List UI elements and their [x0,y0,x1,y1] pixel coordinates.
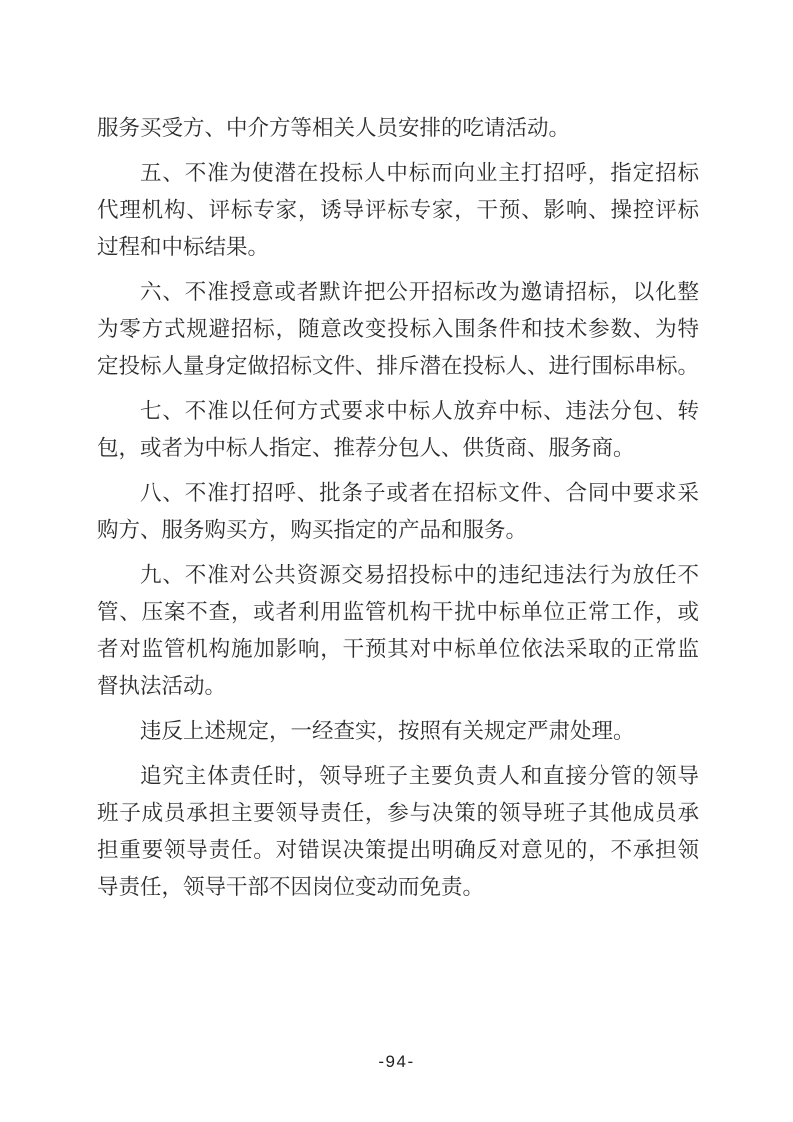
text-line: 担重要领导责任。对错误决策提出明确反对意见的，不承担领 [97,832,699,869]
text-content: 服务买受方、中介方等相关人员安排的吃请活动。 五、不准为使潜在投标人中标而向业主… [97,110,699,906]
text-line: 督执法活动。 [97,668,699,705]
text-line: 包，或者为中标人指定、推荐分包人、供货商、服务商。 [97,430,699,467]
paragraph-rule-7: 七、不准以任何方式要求中标人放弃中标、违法分包、转 包，或者为中标人指定、推荐分… [97,393,699,467]
text-line: 代理机构、评标专家，诱导评标专家，干预、影响、操控评标 [97,192,699,229]
paragraph-rule-6: 六、不准授意或者默许把公开招标改为邀请招标，以化整 为零方式规避招标，随意改变投… [97,274,699,385]
text-line: 七、不准以任何方式要求中标人放弃中标、违法分包、转 [97,393,699,430]
text-line: 导责任，领导干部不因岗位变动而免责。 [97,869,699,906]
text-line: 追究主体责任时，领导班子主要负责人和直接分管的领导 [97,758,699,795]
text-line: 购方、服务购买方，购买指定的产品和服务。 [97,512,699,549]
text-line: 服务买受方、中介方等相关人员安排的吃请活动。 [97,110,699,147]
text-line: 六、不准授意或者默许把公开招标改为邀请招标，以化整 [97,274,699,311]
paragraph-accountability: 追究主体责任时，领导班子主要负责人和直接分管的领导 班子成员承担主要领导责任，参… [97,758,699,906]
text-line: 八、不准打招呼、批条子或者在招标文件、合同中要求采 [97,475,699,512]
text-line: 管、压案不查，或者利用监管机构干扰中标单位正常工作，或 [97,594,699,631]
paragraph-violation-handling: 违反上述规定，一经查实，按照有关规定严肃处理。 [97,713,699,750]
text-line: 五、不准为使潜在投标人中标而向业主打招呼，指定招标 [97,155,699,192]
page-number: -94- [0,1052,793,1072]
text-line: 班子成员承担主要领导责任，参与决策的领导班子其他成员承 [97,795,699,832]
text-line: 九、不准对公共资源交易招投标中的违纪违法行为放任不 [97,557,699,594]
text-line: 者对监管机构施加影响，干预其对中标单位依法采取的正常监 [97,631,699,668]
text-line: 为零方式规避招标，随意改变投标入围条件和技术参数、为特 [97,311,699,348]
text-line: 违反上述规定，一经查实，按照有关规定严肃处理。 [97,713,699,750]
text-line: 过程和中标结果。 [97,229,699,266]
paragraph-rule-9: 九、不准对公共资源交易招投标中的违纪违法行为放任不 管、压案不查，或者利用监管机… [97,557,699,705]
document-page: 服务买受方、中介方等相关人员安排的吃请活动。 五、不准为使潜在投标人中标而向业主… [0,0,793,1122]
paragraph-rule-5: 五、不准为使潜在投标人中标而向业主打招呼，指定招标 代理机构、评标专家，诱导评标… [97,155,699,266]
paragraph-rule-8: 八、不准打招呼、批条子或者在招标文件、合同中要求采 购方、服务购买方，购买指定的… [97,475,699,549]
text-line: 定投标人量身定做招标文件、排斥潜在投标人、进行围标串标。 [97,348,699,385]
paragraph-continuation: 服务买受方、中介方等相关人员安排的吃请活动。 [97,110,699,147]
